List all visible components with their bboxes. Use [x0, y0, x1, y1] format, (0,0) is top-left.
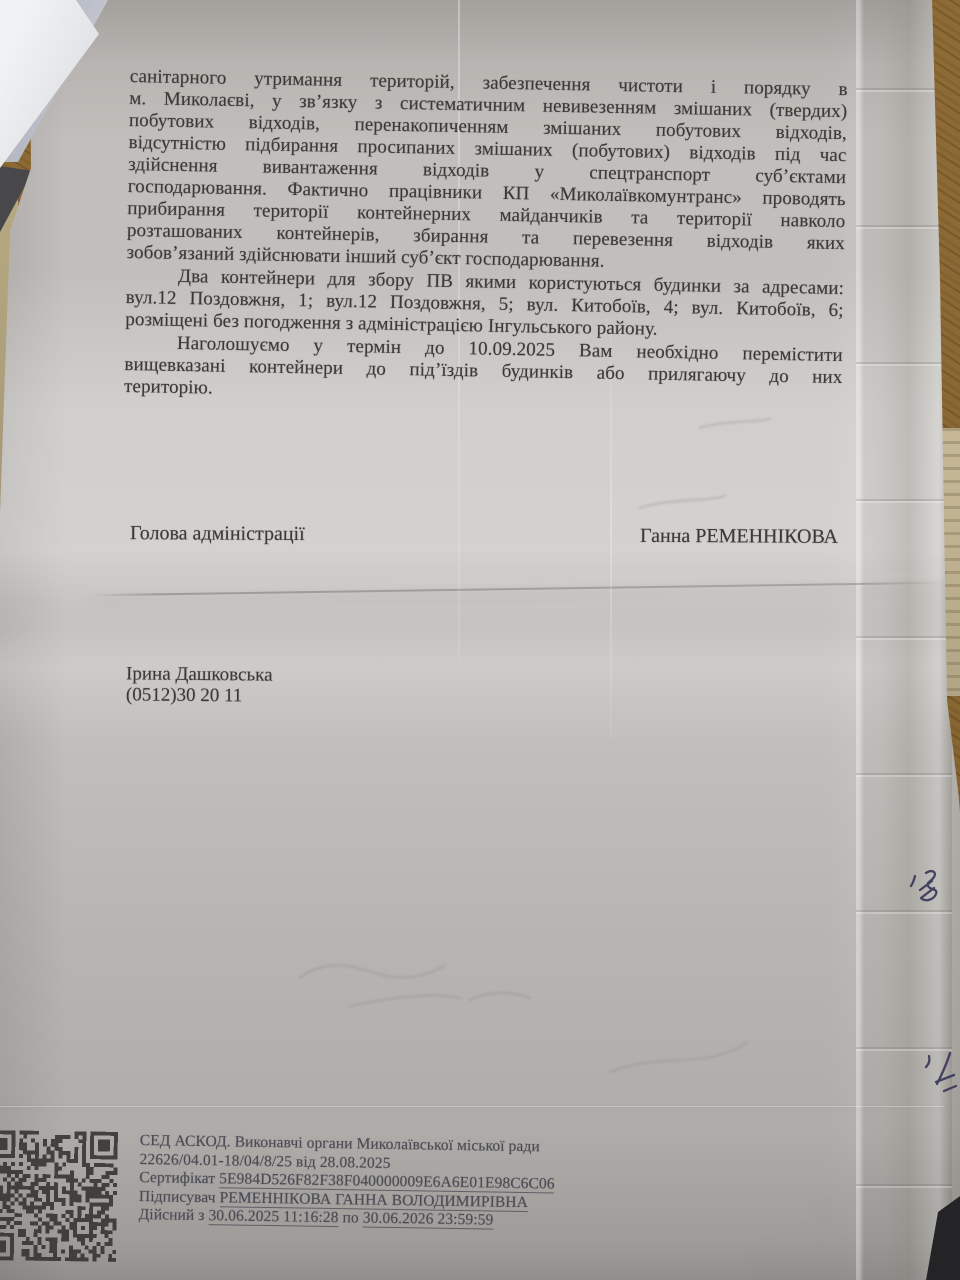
photo-of-document: санітарного утримання територій, забезпе…	[0, 0, 960, 1280]
signature-role: Голова адміністрації	[130, 522, 305, 546]
valid-from-date: 30.06.2025 11:16:28	[208, 1207, 338, 1227]
body-paragraph-3: Наголошуємо у термін до 10.09.2025 Вам н…	[124, 332, 843, 411]
esignature-stamp: СЕД АСКОД. Виконавчі органи Миколаївсько…	[139, 1132, 556, 1231]
signature-name: Ганна РЕМЕННІКОВА	[640, 525, 838, 549]
contact-name: Ірина Дашковська	[126, 663, 273, 685]
lower-fold-crease	[0, 1106, 945, 1107]
signature-row: Голова адміністрації Ганна РЕМЕННІКОВА	[130, 522, 838, 549]
horizontal-fold-crease	[88, 582, 948, 597]
contact-phone: (0512)30 20 11	[126, 684, 273, 706]
contact-block: Ірина Дашковська (0512)30 20 11	[126, 663, 273, 706]
qr-code	[0, 1130, 119, 1262]
document-body: санітарного утримання територій, забезпе…	[124, 66, 848, 411]
document-page: санітарного утримання територій, забезпе…	[0, 0, 960, 1280]
folded-right-edge	[856, 0, 952, 1280]
valid-to-date: 30.06.2026 23:59:59	[363, 1210, 494, 1230]
body-paragraph-1: санітарного утримання територій, забезпе…	[126, 66, 848, 277]
body-paragraph-2: Два контейнери для збору ПВ якими корист…	[125, 265, 844, 344]
